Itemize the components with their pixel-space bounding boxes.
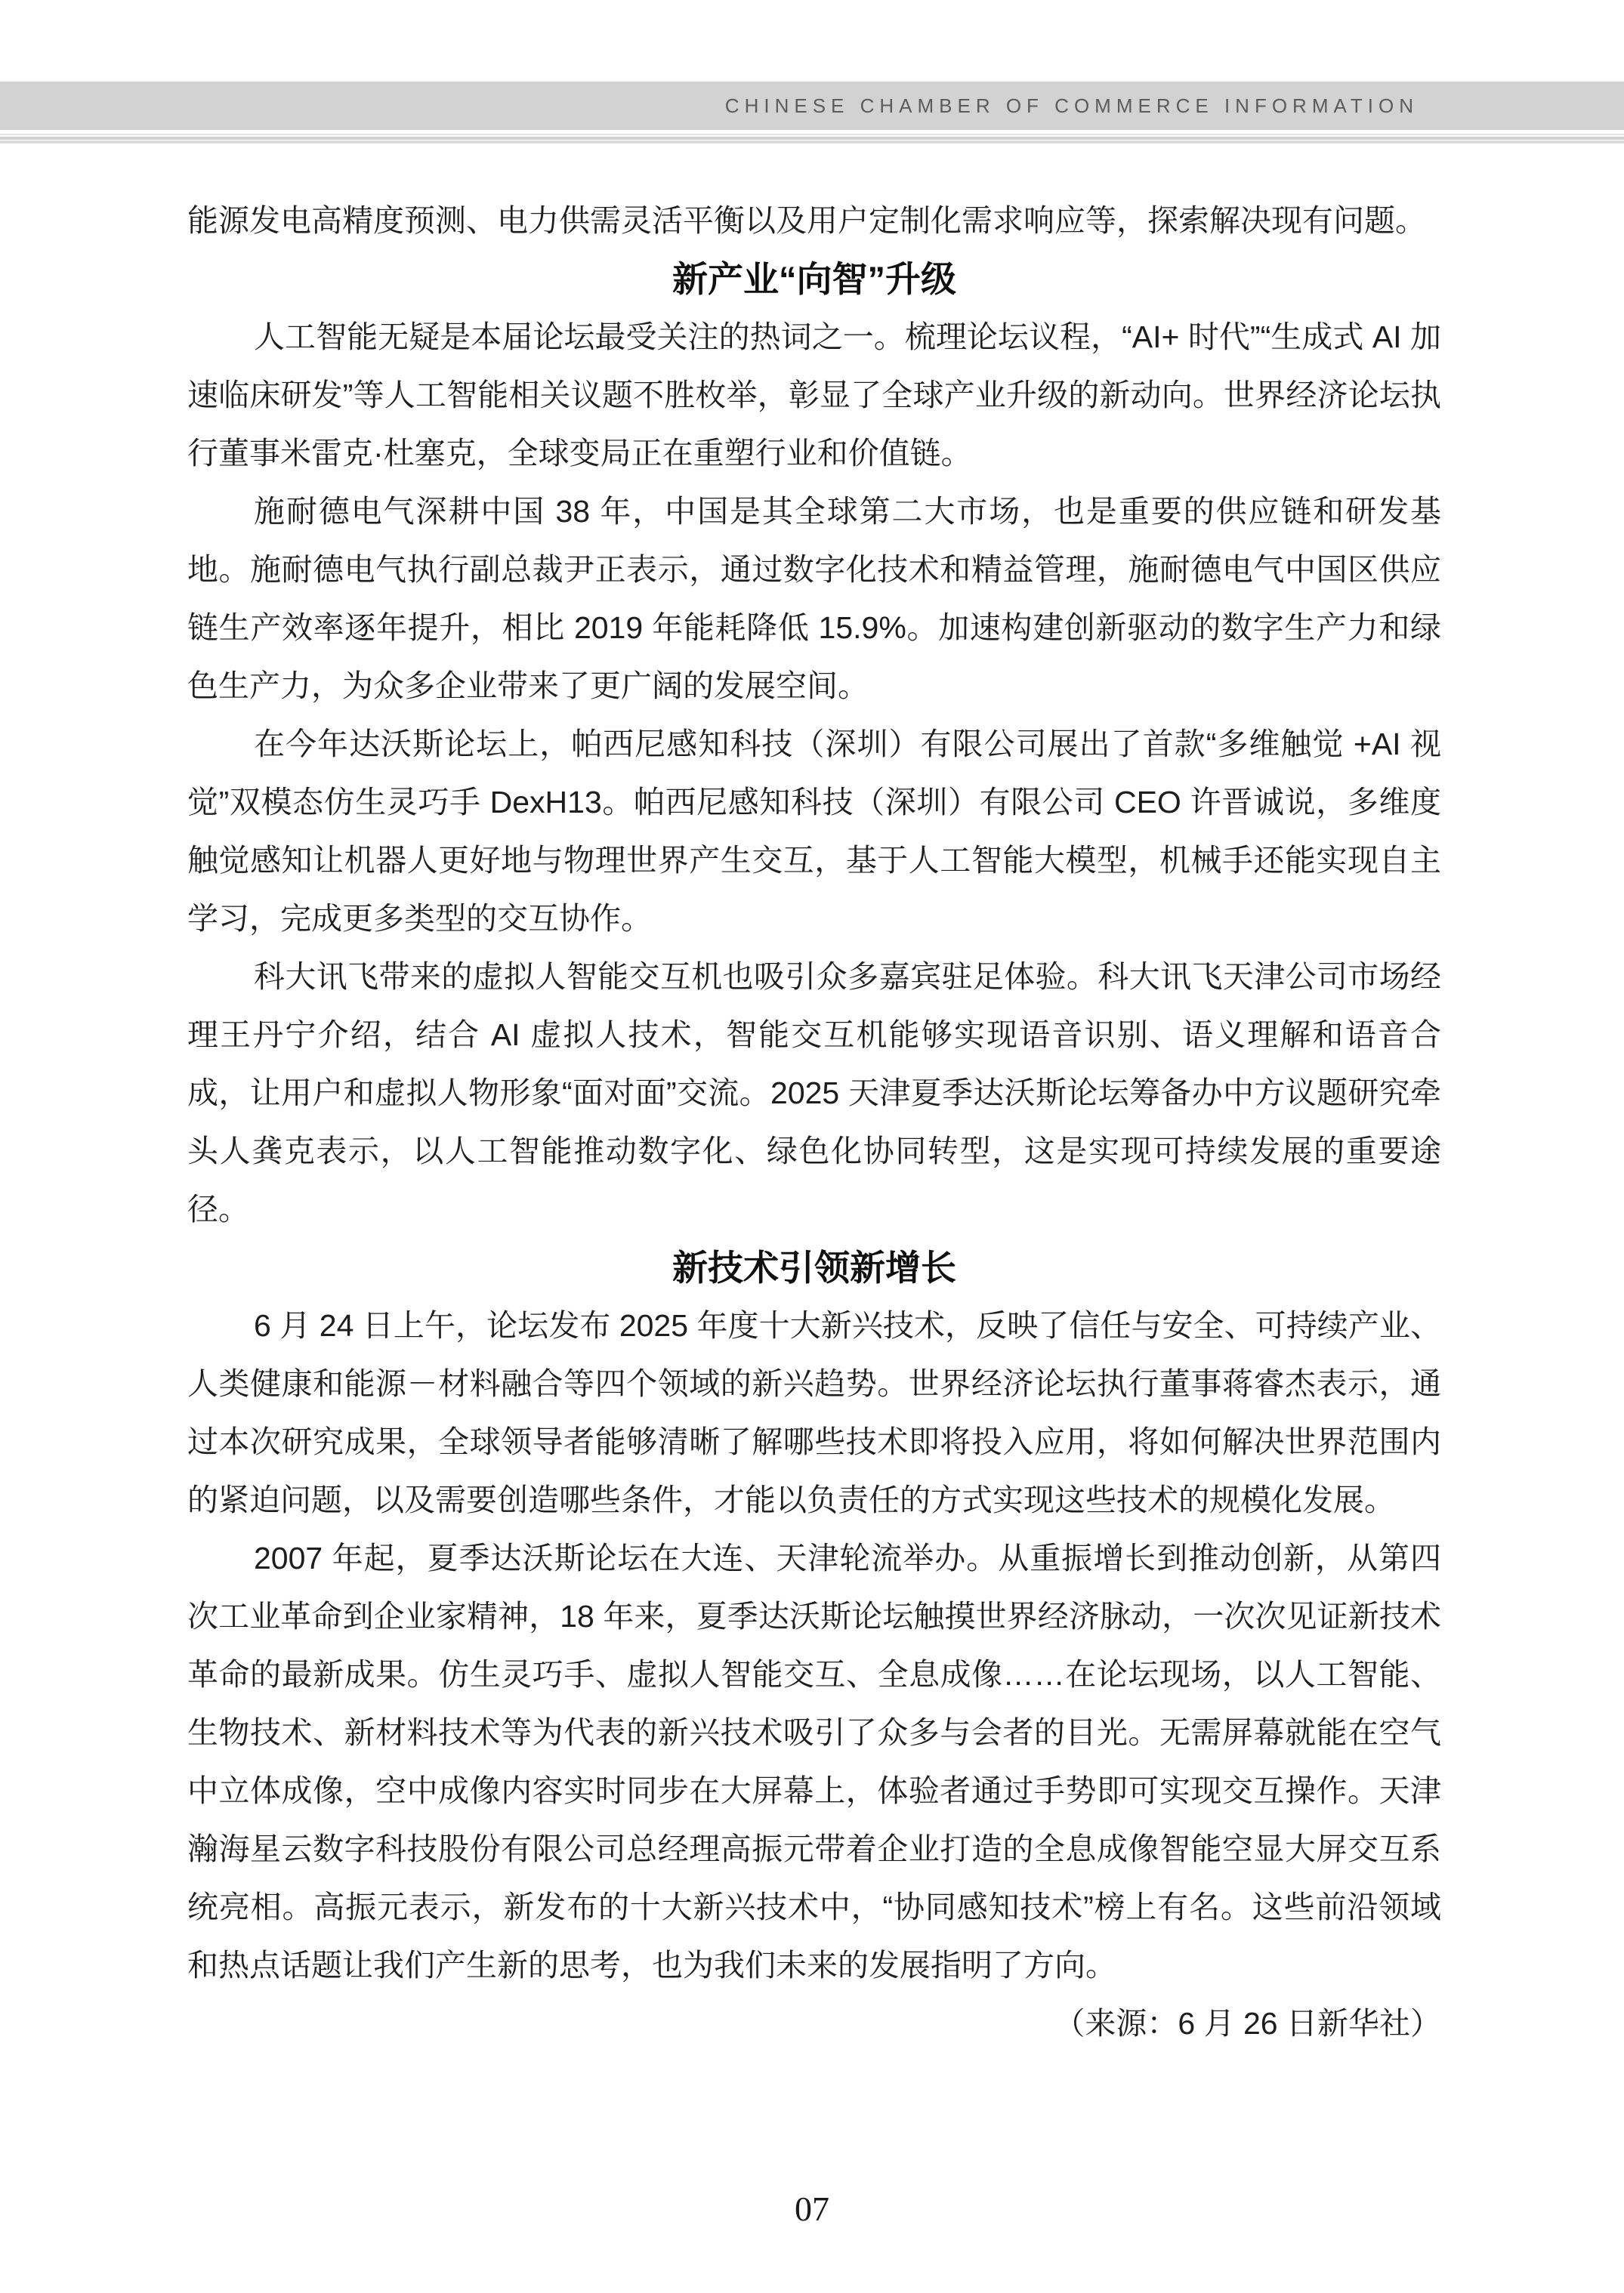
section-heading-new-tech-growth: 新技术引领新增长 — [187, 1239, 1441, 1297]
article-body: 能源发电高精度预测、电力供需灵活平衡以及用户定制化需求响应等，探索解决现有问题。… — [187, 192, 1441, 2053]
paragraph-iflytek: 科大讯飞带来的虚拟人智能交互机也吸引众多嘉宾驻足体验。科大讯飞天津公司市场经理王… — [187, 948, 1441, 1239]
header-banner-title: CHINESE CHAMBER OF COMMERCE INFORMATION — [725, 94, 1419, 118]
header-banner: CHINESE CHAMBER OF COMMERCE INFORMATION — [0, 82, 1624, 130]
paragraph-summer-davos-history: 2007 年起，夏季达沃斯论坛在大连、天津轮流举办。从重振增长到推动创新，从第四… — [187, 1529, 1441, 1995]
paragraph-top10-technologies: 6 月 24 日上午，论坛发布 2025 年度十大新兴技术，反映了信任与安全、可… — [187, 1297, 1441, 1529]
paragraph-schneider: 施耐德电气深耕中国 38 年，中国是其全球第二大市场，也是重要的供应链和研发基地… — [187, 483, 1441, 715]
paragraph-paxini-dexh13: 在今年达沃斯论坛上，帕西尼感知科技（深圳）有限公司展出了首款“多维触觉 +AI … — [187, 715, 1441, 948]
document-page: CHINESE CHAMBER OF COMMERCE INFORMATION … — [0, 0, 1624, 2293]
paragraph-ai-hot-topic: 人工智能无疑是本届论坛最受关注的热词之一。梳理论坛议程，“AI+ 时代”“生成式… — [187, 308, 1441, 483]
section-heading-industry-upgrade: 新产业“向智”升级 — [187, 250, 1441, 308]
page-number: 07 — [0, 2189, 1624, 2229]
source-line: （来源：6 月 26 日新华社） — [187, 1995, 1441, 2053]
continuation-paragraph: 能源发电高精度预测、电力供需灵活平衡以及用户定制化需求响应等，探索解决现有问题。 — [187, 192, 1441, 250]
header-divider-stripes — [0, 134, 1624, 144]
